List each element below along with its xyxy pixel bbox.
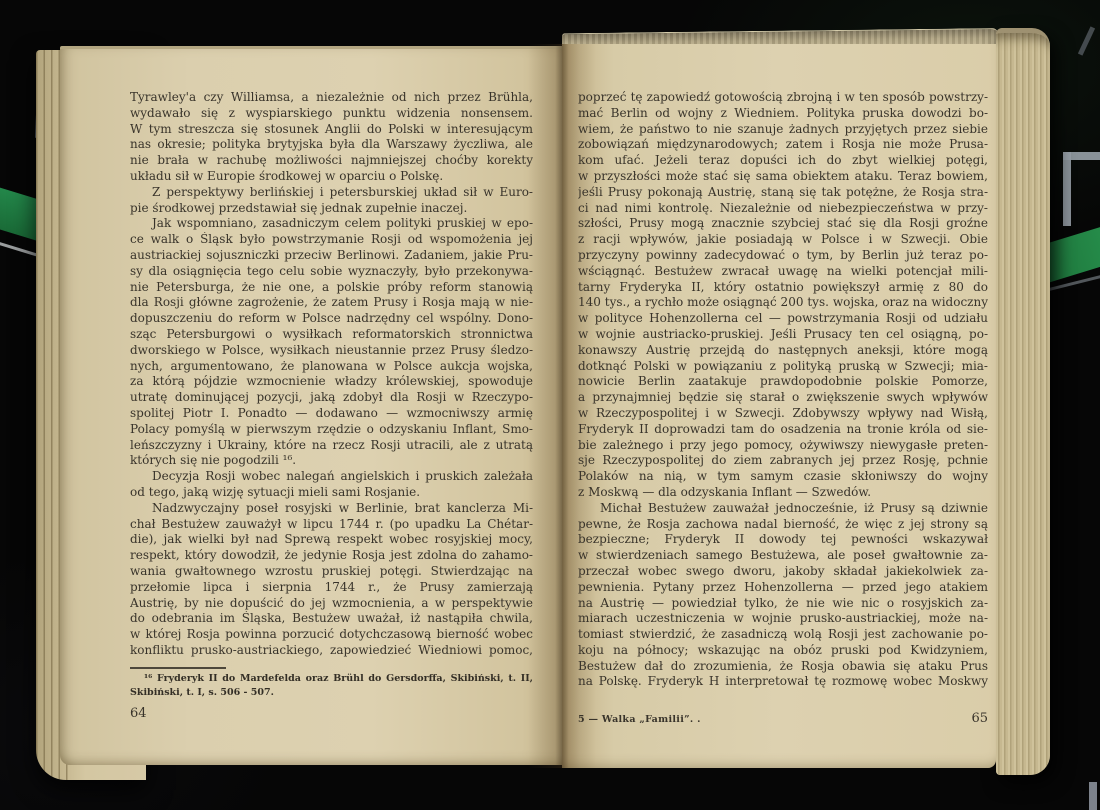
text-line: leńszczyzny i Ukrainy, które na rzecz Ro… (130, 438, 533, 454)
text-line: w przyszłości może stać się sama obiekte… (578, 169, 988, 185)
right-page-number: 65 (971, 711, 988, 726)
footnote-line: ¹⁶ Fryderyk II do Mardefelda oraz Brühl … (130, 672, 533, 686)
text-line: kom ufać. Jeżeli teraz dopuści ich do zb… (578, 153, 988, 169)
text-line: w polityce Hohenzollerna cel — powstrzym… (578, 311, 988, 327)
gray-bar-decoration-bottom-right (1089, 782, 1097, 810)
text-line: do odebrania im Śląska, Bestużew uważał,… (130, 611, 533, 627)
text-line: a przynajmniej będzie się starał o zwięk… (578, 390, 988, 406)
text-line: Tyrawley'a czy Williamsa, a niezależnie … (130, 90, 533, 106)
text-line: pie środkowej przedstawiał się jednak zu… (130, 201, 533, 217)
text-line: bezpieczne; Fryderyk II dowody tej pewno… (578, 532, 988, 548)
text-line: konfliktu prusko-austriackiego, zapowied… (130, 643, 533, 659)
text-line: W tym streszcza się stosunek Anglii do P… (130, 122, 533, 138)
text-line: w której Rosja powinna porzucić dotychcz… (130, 627, 533, 643)
text-line: sy dla osiągnięcia tego celu sobie wyzna… (130, 264, 533, 280)
text-line: od tego, jaką wizję sytuacji mieli sami … (130, 485, 533, 501)
text-line: dotknąć Polski w powiązaniu z polityką p… (578, 359, 988, 375)
text-line: ci nad nimi kontrolę. Niezależnie od nie… (578, 201, 988, 217)
text-line: nowicie Berlin zaatakuje prawdopodobnie … (578, 374, 988, 390)
left-page-text-column: Tyrawley'a czy Williamsa, a niezależnie … (130, 90, 533, 659)
text-line: Z perspektywy berlińskiej i petersburski… (130, 185, 533, 201)
print-signature: 5 — Walka „Familii”. . (578, 710, 701, 725)
text-line: nych, argumentowano, że planowana w Pols… (130, 359, 533, 375)
text-line: spolitej Piotr I. Ponadto — dodawano — w… (130, 406, 533, 422)
text-line: przyczyny powinny zadecydować o tym, by … (578, 248, 988, 264)
footnote: ¹⁶ Fryderyk II do Mardefelda oraz Brühl … (130, 672, 533, 700)
text-line: poprzeć tę zapowiedź gotowością zbrojną … (578, 90, 988, 106)
text-line: wydawało się z wyspiarskiego punktu widz… (130, 106, 533, 122)
text-line: Michał Bestużew zauważał jednocześnie, i… (578, 501, 988, 517)
text-line: utratę dominującej pozycji, jaką zdobył … (130, 390, 533, 406)
right-page-footer: 5 — Walka „Familii”. . 65 (578, 710, 988, 726)
text-line: zobowiązań międzynarodowych; zatem i Ros… (578, 137, 988, 153)
text-line: układu sił w Europie środkowej w oparciu… (130, 169, 533, 185)
text-line: Bestużew dał do zrozumienia, że Rosja ob… (578, 659, 988, 675)
book-fore-edge (996, 28, 1050, 775)
text-line: z Moskwą — dla odzyskania Inflant — Szwe… (578, 485, 988, 501)
text-line: tarny Fryderyka II, który ostatnio powię… (578, 280, 988, 296)
left-page-number: 64 (130, 706, 147, 721)
text-line: pewne, że Rosja zachowa nadal bierność, … (578, 517, 988, 533)
text-line: dla Rosji główne zagrożenie, że zatem Pr… (130, 295, 533, 311)
text-line: austriackiej sojuszniczki przeciw Berlin… (130, 248, 533, 264)
text-line: chał Bestużew zauważył w lipcu 1744 r. (… (130, 517, 533, 533)
text-line: sząc Petersburgowi o wysiłkach reformato… (130, 327, 533, 343)
text-line: przeczał wobec swego dworu, jakoby skład… (578, 564, 988, 580)
text-line: ce walk o Śląsk było powstrzymanie Rosji… (130, 232, 533, 248)
text-line: respekt, który dowodził, że jedynie Rosj… (130, 548, 533, 564)
text-line: sje Rzeczypospolitej do ziem zabranych j… (578, 453, 988, 469)
text-line: Nadzwyczajny poseł rosyjski w Berlinie, … (130, 501, 533, 517)
text-line: nas okresie; polityka brytyjska była dla… (130, 137, 533, 153)
text-line: szłości, Prusy mogą znacznie szybciej st… (578, 216, 988, 232)
text-line: tomiast stwierdzić, że zasadniczą wolą R… (578, 627, 988, 643)
text-line: koju na północy; wskazując na obóz prusk… (578, 643, 988, 659)
text-line: konawszy Austrię przejdą do następnych a… (578, 343, 988, 359)
text-line: z racji wpływów, jakie posiadają w Polsc… (578, 232, 988, 248)
text-line: bie zależnego i przy jego pomocy, ożywiw… (578, 438, 988, 454)
right-page-text-column: poprzeć tę zapowiedź gotowością zbrojną … (578, 90, 988, 690)
text-line: Jak wspomniano, zasadniczym celem polity… (130, 216, 533, 232)
text-line: 140 tys., a rychło może osiągnąć 200 tys… (578, 295, 988, 311)
text-line: dopuszczeniu do reform w Polsce nadrzędn… (130, 311, 533, 327)
text-line: których się nie pogodzili ¹⁶. (130, 453, 533, 469)
text-line: die), jak wielki był nad Sprewą respekt … (130, 532, 533, 548)
text-line: na Austrię — powiedział tylko, że nie wi… (578, 596, 988, 612)
text-line: w stwierdzeniach samego Bestużewa, ale p… (578, 548, 988, 564)
text-line: Fryderyk II doprowadzi tam do osadzenia … (578, 422, 988, 438)
text-line: nie brała w rachubę możliwości najmniejs… (130, 153, 533, 169)
text-line: przełomie lipca i sierpnia 1744 r., że P… (130, 580, 533, 596)
text-line: Polacy pomyślą w pierwszym rzędzie o odz… (130, 422, 533, 438)
gray-diagonal-decoration-top-right (1078, 26, 1095, 55)
text-line: jeśli Prusy pokonają Austrię, staną się … (578, 185, 988, 201)
text-line: Polaków na nią, w tym samym czasie skłon… (578, 469, 988, 485)
scene: Tyrawley'a czy Williamsa, a niezależnie … (0, 0, 1100, 810)
gray-frame-decoration-right-vertical (1063, 152, 1071, 226)
text-line: dworskiego w Polsce, wysiłkach nieustann… (130, 343, 533, 359)
text-line: pewnienia. Pytany przez Hohenzollerna — … (578, 580, 988, 596)
text-line: mać Berlin od wojny z Wiedniem. Polityka… (578, 106, 988, 122)
footnote-line: Skibiński, t. I, s. 506 - 507. (130, 686, 533, 700)
footnote-separator-rule (130, 667, 226, 669)
text-line: w Rzeczypospolitej i w Szwecji. Zdobywsz… (578, 406, 988, 422)
text-line: Decyzja Rosji wobec nalegań angielskich … (130, 469, 533, 485)
text-line: na Polskę. Fryderyk H interpretował tę r… (578, 674, 988, 690)
gray-frame-decoration-right-horizontal (1063, 152, 1100, 160)
text-line: za którą pójdzie wzmocnienie władzy król… (130, 374, 533, 390)
text-line: miarach uczestniczenia w wojnie prusko-a… (578, 611, 988, 627)
text-line: nie Petersburga, że nie one, a polskie p… (130, 280, 533, 296)
text-line: Austrię, by nie dopuścić do jej wzmocnie… (130, 596, 533, 612)
text-line: wania gwałtownego wzrostu pruskiej potęg… (130, 564, 533, 580)
text-line: wiem, że państwo to nie szanuje żadnych … (578, 122, 988, 138)
text-line: w wojnie austriacko-pruskiej. Jeśli Prus… (578, 327, 988, 343)
text-line: wściągnąć. Bestużew zwracał uwagę na wie… (578, 264, 988, 280)
